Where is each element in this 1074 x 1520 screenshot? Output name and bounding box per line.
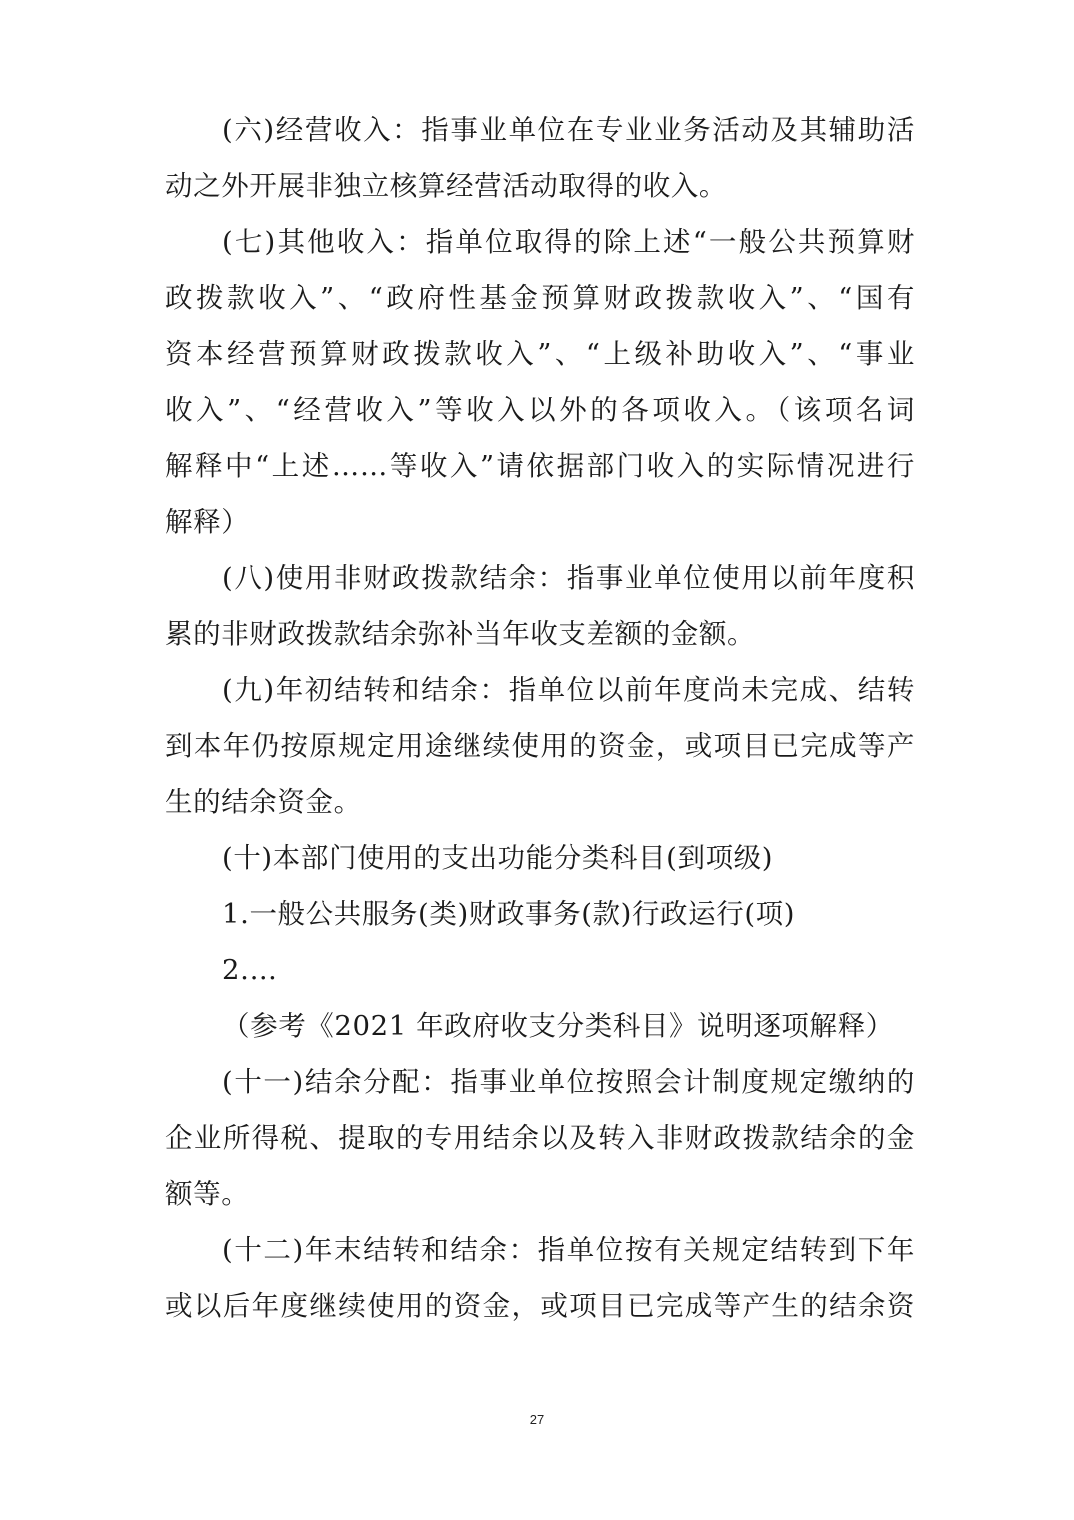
text-line: (十一)结余分配：指事业单位按照会计制度规定缴纳的	[222, 1062, 915, 1102]
text-line: 累的非财政拨款结余弥补当年收支差额的金额。	[165, 614, 915, 654]
text-line: 收入”、“经营收入”等收入以外的各项收入。（该项名词	[165, 390, 915, 430]
document-page: (六)经营收入：指事业单位在专业业务活动及其辅助活动之外开展非独立核算经营活动取…	[0, 0, 1074, 1520]
text-line: 生的结余资金。	[165, 782, 915, 822]
text-line: 解释）	[165, 502, 915, 542]
text-line: 1.一般公共服务(类)财政事务(款)行政运行(项)	[222, 894, 972, 934]
text-line: (六)经营收入：指事业单位在专业业务活动及其辅助活	[222, 110, 915, 150]
text-line: 解释中“上述……等收入”请依据部门收入的实际情况进行	[165, 446, 915, 486]
text-line: 资本经营预算财政拨款收入”、“上级补助收入”、“事业	[165, 334, 915, 374]
text-line: 动之外开展非独立核算经营活动取得的收入。	[165, 166, 915, 206]
text-line: (八)使用非财政拨款结余：指事业单位使用以前年度积	[222, 558, 915, 598]
page-number: 27	[0, 1412, 1074, 1427]
text-line: （参考《2021 年政府收支分类科目》说明逐项解释）	[222, 1006, 972, 1046]
text-line: 政拨款收入”、“政府性基金预算财政拨款收入”、“国有	[165, 278, 915, 318]
text-line: 到本年仍按原规定用途继续使用的资金，或项目已完成等产	[165, 726, 915, 766]
text-line: 企业所得税、提取的专用结余以及转入非财政拨款结余的金	[165, 1118, 915, 1158]
text-line: (九)年初结转和结余：指单位以前年度尚未完成、结转	[222, 670, 915, 710]
text-line: 或以后年度继续使用的资金，或项目已完成等产生的结余资	[165, 1286, 915, 1326]
text-line: (十二)年末结转和结余：指单位按有关规定结转到下年	[222, 1230, 915, 1270]
text-line: (十)本部门使用的支出功能分类科目(到项级)	[222, 838, 972, 878]
text-line: (七)其他收入：指单位取得的除上述“一般公共预算财	[222, 222, 915, 262]
text-line: 2.…	[222, 950, 972, 990]
text-line: 额等。	[165, 1174, 915, 1214]
